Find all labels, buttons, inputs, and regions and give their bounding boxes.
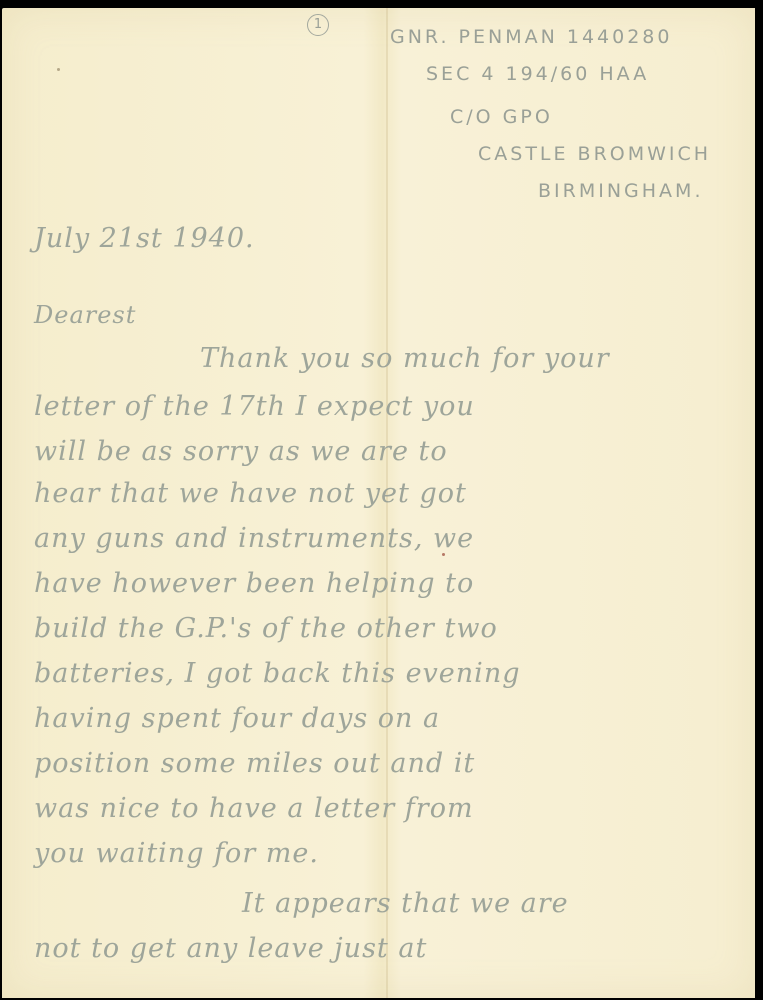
address-line-2: SEC 4 194/60 HAA <box>426 63 649 85</box>
body-line: was nice to have a letter from <box>34 793 474 824</box>
body-line: not to get any leave just at <box>34 933 427 964</box>
body-line: you waiting for me. <box>34 838 319 869</box>
body-line: batteries, I got back this evening <box>34 658 521 689</box>
body-line: position some miles out and it <box>34 748 475 779</box>
body-line: Thank you so much for your <box>200 343 610 374</box>
body-line: letter of the 17th I expect you <box>34 391 475 422</box>
address-line-3: C/O GPO <box>450 106 553 128</box>
salutation: Dearest <box>34 301 136 329</box>
address-line-1: GNR. PENMAN 1440280 <box>390 26 672 48</box>
body-line: any guns and instruments, we <box>34 523 474 554</box>
address-line-5: BIRMINGHAM. <box>538 180 704 202</box>
address-line-4: CASTLE BROMWICH <box>478 143 711 165</box>
paper-speck <box>57 68 60 71</box>
body-line: build the G.P.'s of the other two <box>34 613 498 644</box>
body-line: hear that we have not yet got <box>34 478 467 509</box>
letter-date: July 21st 1940. <box>34 223 255 254</box>
paper-speck <box>442 553 445 556</box>
body-line: have however been helping to <box>34 568 474 599</box>
letter-page: 1 GNR. PENMAN 1440280 SEC 4 194/60 HAA C… <box>2 8 755 998</box>
body-line: will be as sorry as we are to <box>34 436 448 467</box>
body-line: It appears that we are <box>242 888 569 919</box>
body-line: having spent four days on a <box>34 703 440 734</box>
page-number: 1 <box>307 14 329 36</box>
